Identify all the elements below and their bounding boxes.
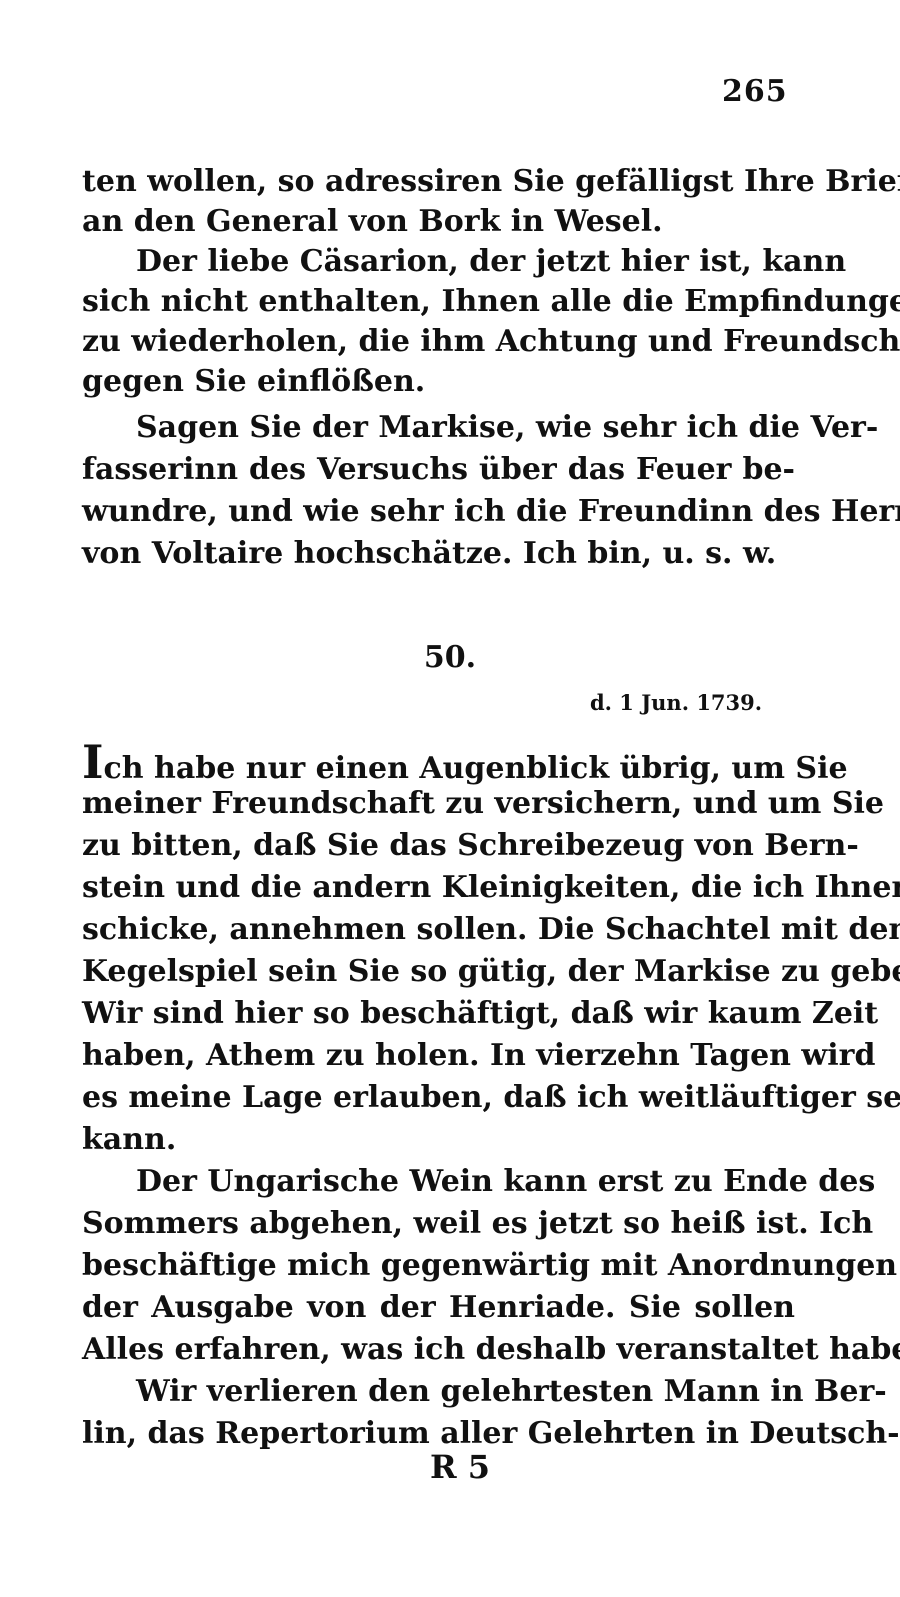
text-line: gegen Sie einflößen. (82, 362, 795, 402)
text-line: Alles erfahren, was ich deshalb veransta… (82, 1330, 795, 1370)
text-line: Kegelspiel sein Sie so gütig, der Markis… (82, 952, 795, 992)
text-line: zu wiederholen, die ihm Achtung und Freu… (82, 322, 795, 362)
text-line: stein und die andern Kleinigkeiten, die … (82, 868, 795, 908)
text-line-first: Ich habe nur einen Augenblick übrig, um … (82, 742, 795, 782)
text-line: von Voltaire hochschätze. Ich bin, u. s.… (82, 534, 795, 574)
text-line: Der liebe Cäsarion, der jetzt hier ist, … (136, 242, 795, 282)
text-line: kann. (82, 1120, 795, 1160)
signature-mark: R 5 (0, 1448, 900, 1486)
text-line: Sommers abgehen, weil es jetzt so heiß i… (82, 1204, 795, 1244)
text-line: meiner Freundschaft zu versichern, und u… (82, 784, 795, 824)
text-line: Wir verlieren den gelehrtesten Mann in B… (136, 1372, 795, 1412)
text-line: haben, Athem zu holen. In vierzehn Tagen… (82, 1036, 795, 1076)
text-line: zu bitten, daß Sie das Schreibezeug von … (82, 826, 795, 866)
text-line: der Ausgabe von der Henriade. Sie sollen (82, 1288, 795, 1328)
text-line: schicke, annehmen sollen. Die Schachtel … (82, 910, 795, 950)
page-number: 265 (722, 74, 788, 109)
letter-number: 50. (0, 640, 900, 675)
text-line: sich nicht enthalten, Ihnen alle die Emp… (82, 282, 795, 322)
text-line: Der Ungarische Wein kann erst zu Ende de… (136, 1162, 795, 1202)
text-line: beschäftige mich gegenwärtig mit Anordnu… (82, 1246, 795, 1286)
text-line: wundre, und wie sehr ich die Freundinn d… (82, 492, 795, 532)
text-line: es meine Lage erlauben, daß ich weitläuf… (82, 1078, 795, 1118)
text-line: an den General von Bork in Wesel. (82, 202, 795, 242)
text-line: ten wollen, so adressiren Sie gefälligst… (82, 162, 795, 202)
drop-initial: I (82, 735, 104, 789)
book-page: 265 ten wollen, so adressiren Sie gefäll… (0, 0, 900, 1597)
text-line-rest: ch habe nur einen Augenblick übrig, um S… (104, 751, 848, 786)
text-line: fasserinn des Versuchs über das Feuer be… (82, 450, 795, 490)
text-line: Wir sind hier so beschäftigt, daß wir ka… (82, 994, 795, 1034)
letter-date: d. 1 Jun. 1739. (590, 690, 762, 715)
text-line: Sagen Sie der Markise, wie sehr ich die … (136, 408, 795, 448)
